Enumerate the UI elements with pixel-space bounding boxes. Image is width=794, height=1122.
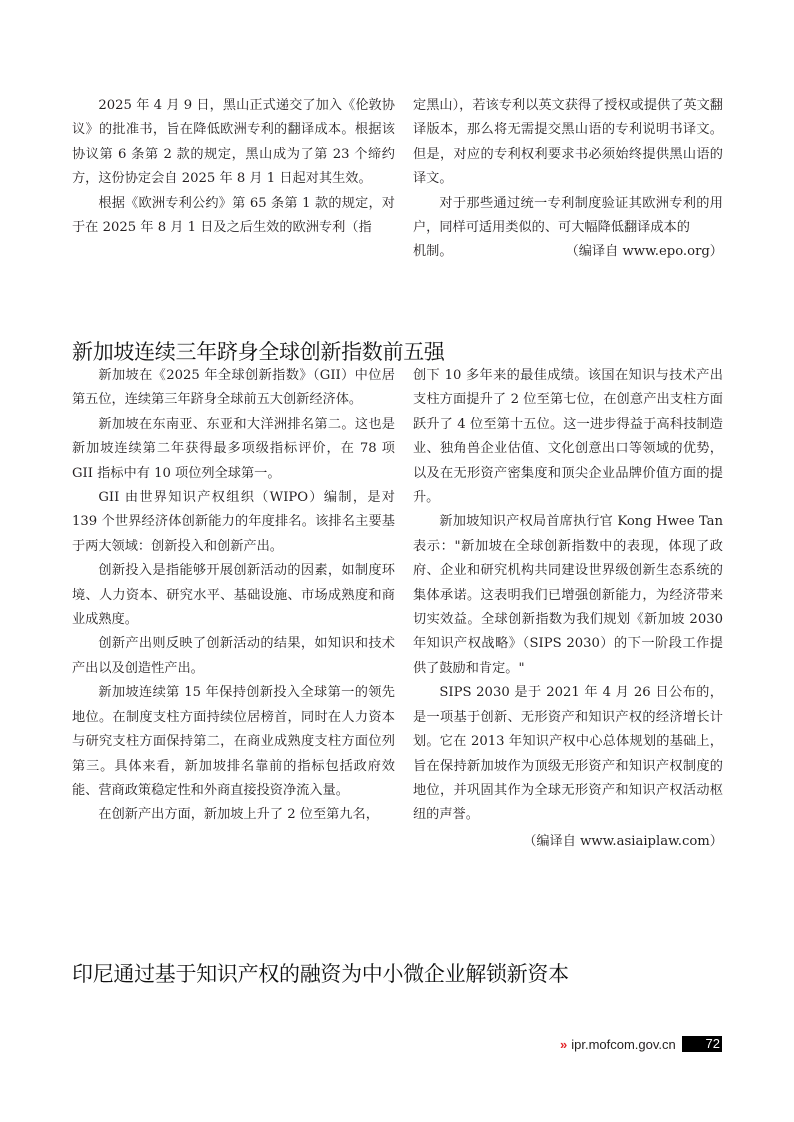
- article1-right-column: 定黑山），若该专利以英文获得了授权或提供了英文翻译版本，那么将无需提交黑山语的专…: [413, 94, 723, 265]
- article3-title: 印尼通过基于知识产权的融资为中小微企业解锁新资本: [72, 958, 569, 988]
- paragraph: 创下 10 多年来的最佳成绩。该国在知识与技术产出支柱方面提升了 2 位至第七位…: [413, 364, 723, 510]
- article2-title: 新加坡连续三年跻身全球创新指数前五强: [72, 336, 445, 366]
- page-footer: » ipr.mofcom.gov.cn: [560, 1034, 676, 1054]
- paragraph: 2025 年 4 月 9 日，黑山正式递交了加入《伦敦协议》的批准书，旨在降低欧…: [72, 94, 395, 192]
- paragraph: 对于那些通过统一专利制度验证其欧洲专利的用户，同样可适用类似的、可大幅降低翻译成…: [413, 192, 723, 241]
- paragraph: 在创新产出方面，新加坡上升了 2 位至第九名，: [72, 803, 395, 827]
- page-number: 72: [682, 1036, 722, 1052]
- website-link[interactable]: ipr.mofcom.gov.cn: [571, 1037, 676, 1052]
- closing-line: 机制。 （编译自 www.epo.org）: [413, 240, 723, 264]
- closing-text: 机制。: [413, 240, 453, 264]
- source-citation: （编译自 www.asiaiplaw.com）: [413, 830, 723, 854]
- paragraph: 新加坡知识产权局首席执行官 Kong Hwee Tan 表示："新加坡在全球创新…: [413, 510, 723, 681]
- article2-left-column: 新加坡在《2025 年全球创新指数》（GII）中位居第五位，连续第三年跻身全球前…: [72, 364, 395, 828]
- paragraph: 创新投入是指能够开展创新活动的因素，如制度环境、人力资本、研究水平、基础设施、市…: [72, 559, 395, 632]
- paragraph: 创新产出则反映了创新活动的结果，如知识和技术产出以及创造性产出。: [72, 632, 395, 681]
- paragraph: 定黑山），若该专利以英文获得了授权或提供了英文翻译版本，那么将无需提交黑山语的专…: [413, 94, 723, 192]
- paragraph: 新加坡在东南亚、东亚和大洋洲排名第二。这也是新加坡连续第二年获得最多项级指标评价…: [72, 413, 395, 486]
- double-chevron-right-icon: »: [560, 1037, 564, 1052]
- source-citation: （编译自 www.epo.org）: [566, 240, 723, 264]
- article1-left-column: 2025 年 4 月 9 日，黑山正式递交了加入《伦敦协议》的批准书，旨在降低欧…: [72, 94, 395, 240]
- paragraph: SIPS 2030 是于 2021 年 4 月 26 日公布的，是一项基于创新、…: [413, 681, 723, 827]
- paragraph: 新加坡在《2025 年全球创新指数》（GII）中位居第五位，连续第三年跻身全球前…: [72, 364, 395, 413]
- paragraph: GII 由世界知识产权组织（WIPO）编制，是对 139 个世界经济体创新能力的…: [72, 486, 395, 559]
- article2-right-column: 创下 10 多年来的最佳成绩。该国在知识与技术产出支柱方面提升了 2 位至第七位…: [413, 364, 723, 854]
- paragraph: 新加坡连续第 15 年保持创新投入全球第一的领先地位。在制度支柱方面持续位居榜首…: [72, 681, 395, 803]
- paragraph: 根据《欧洲专利公约》第 65 条第 1 款的规定，对于在 2025 年 8 月 …: [72, 192, 395, 241]
